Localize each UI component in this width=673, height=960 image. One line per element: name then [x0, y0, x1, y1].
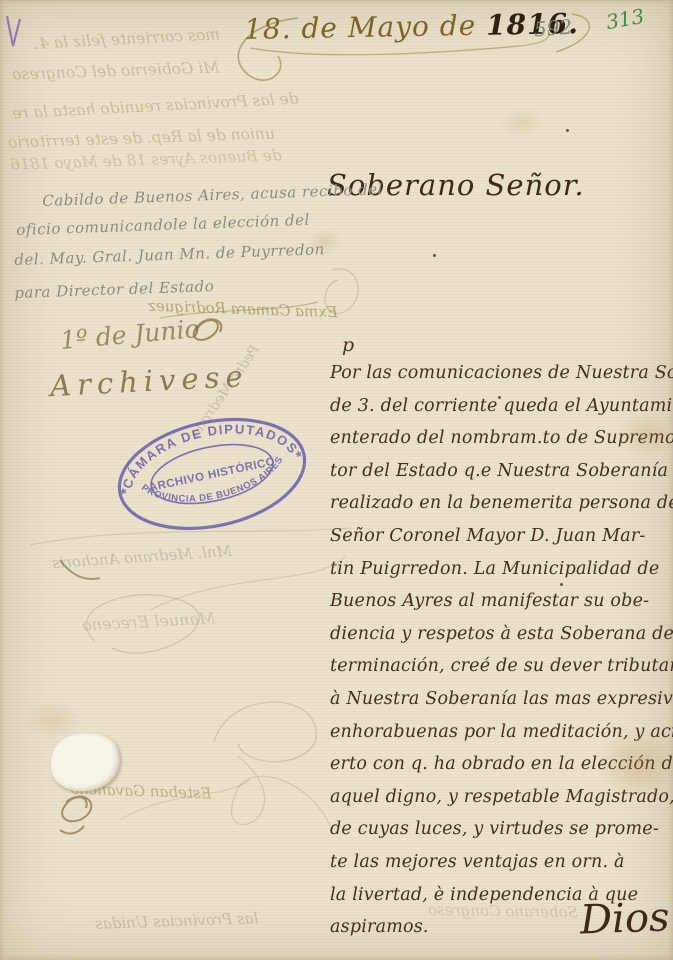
body-line: realizado en la benemerita persona del — [330, 487, 673, 520]
body-line: Señor Coronel Mayor D. Juan Mar- — [330, 520, 673, 553]
body-line: enterado del nombram.to de Supremo Direc — [330, 422, 673, 455]
annotation-date-note: 1º de Junio — [59, 314, 201, 355]
body-line: tor del Estado q.e Nuestra Soberanía ha — [330, 455, 673, 488]
archive-stamp: CÁMARA DE DIPUTADOS PROVINCIA DE BUENOS … — [103, 398, 322, 549]
bleedthrough-line: las Provincias Unidas — [95, 909, 259, 933]
manuscript-page: 18. de Mayo de 1816. 592 313 mos corrien… — [0, 0, 673, 960]
body-line: enhorabuenas por la meditación, y aci- — [330, 716, 673, 749]
body-line: terminación, creé de su dever tributar — [330, 650, 673, 683]
header-date: 18. de Mayo de 1816. — [244, 7, 579, 46]
ink-speck — [498, 396, 501, 399]
body-line: Buenos Ayres al manifestar su obe- — [330, 585, 673, 618]
corner-check-icon — [2, 13, 26, 51]
archive-number-pencil: 592 — [533, 15, 573, 42]
body-line: de cuyas luces, y virtudes se prome- — [330, 813, 673, 846]
bleedthrough-line: Mi Gobierno del Congreso — [12, 58, 220, 83]
bleedthrough-line: Manuel Ereceno — [82, 609, 216, 635]
bleedthrough-line: de Buenos Ayres 18 de Mayo 1816 — [10, 146, 282, 173]
ink-speck — [560, 583, 563, 586]
bleedthrough-line: mos corriente feliz la 4. — [34, 25, 221, 53]
body-line: te las mejores ventajas en orn. à — [330, 846, 673, 879]
ink-speck — [433, 254, 436, 257]
body-line: de 3. del corriente queda el Ayuntamient… — [330, 390, 673, 423]
bleedthrough-line: de las Provincias reunido hasta la re — [12, 90, 299, 123]
paragraph-mark: p — [342, 334, 354, 356]
body-line: tin Puigrredon. La Municipalidad de — [330, 553, 673, 586]
body-line: à Nuestra Soberanía las mas expresivas — [330, 683, 673, 716]
archive-number-ink: 313 — [604, 4, 646, 34]
body-line: diencia y respetos à esta Soberana de- — [330, 618, 673, 651]
header-date-prefix: 18. de Mayo de — [244, 9, 487, 46]
margin-note-line: oficio comunicandole la elección del — [16, 211, 310, 239]
bleedthrough-line: Mnl. Medrano Anchoris — [52, 542, 233, 573]
letter-body: Por las comunicaciones de Nuestra Sobera… — [330, 357, 673, 944]
closing-word: Dios — [579, 894, 670, 943]
margin-note-line: Cabildo de Buenos Aires, acusa recibo de… — [42, 180, 383, 210]
body-line: erto con q. ha obrado en la elección de — [330, 748, 673, 781]
margin-note-line: del. May. Gral. Juan Mn. de Puyrredon — [14, 240, 325, 269]
ink-speck — [566, 129, 569, 132]
paper-stain — [500, 108, 544, 138]
body-line: Por las comunicaciones de Nuestra Sobera… — [330, 357, 673, 390]
body-line: aquel digno, y respetable Magistrado, — [330, 781, 673, 814]
